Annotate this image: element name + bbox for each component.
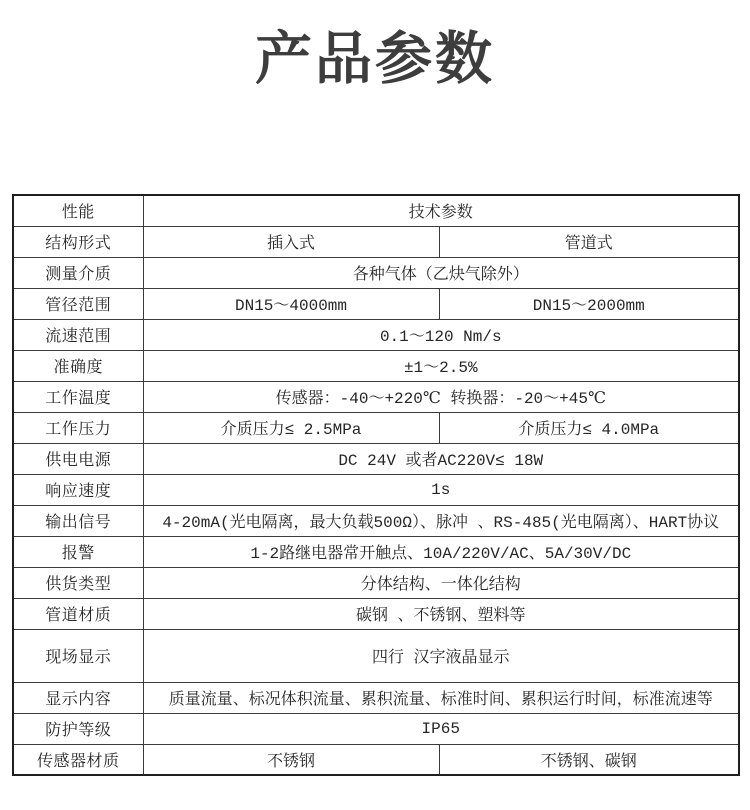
- row-label: 流速范围: [13, 319, 143, 350]
- table-row: 管径范围DN15～4000mmDN15～2000mm: [13, 288, 739, 319]
- table-row: 工作温度传感器：-40～+220℃ 转换器：-20～+45℃: [13, 381, 739, 412]
- row-label: 结构形式: [13, 226, 143, 257]
- row-label: 管道材质: [13, 598, 143, 629]
- row-value: 质量流量、标况体积流量、累积流量、标准时间、累积运行时间，标准流速等: [143, 682, 739, 713]
- table-row: 管道材质碳钢 、不锈钢、塑料等: [13, 598, 739, 629]
- row-value: IP65: [143, 713, 739, 744]
- row-value: 管道式: [439, 226, 739, 257]
- row-value: 1-2路继电器常开触点、10A/220V/AC、5A/30V/DC: [143, 536, 739, 567]
- table-row: 防护等级IP65: [13, 713, 739, 744]
- row-value: 传感器：-40～+220℃ 转换器：-20～+45℃: [143, 381, 739, 412]
- row-value: DC 24V 或者AC220V≤ 18W: [143, 443, 739, 474]
- table-row: 结构形式插入式管道式: [13, 226, 739, 257]
- product-parameters-page: 产品参数 性能技术参数结构形式插入式管道式测量介质各种气体（乙炔气除外）管径范围…: [0, 0, 750, 810]
- row-value: DN15～2000mm: [439, 288, 739, 319]
- row-label: 管径范围: [13, 288, 143, 319]
- row-label: 工作压力: [13, 412, 143, 443]
- row-value: 碳钢 、不锈钢、塑料等: [143, 598, 739, 629]
- row-value: 不锈钢、碳钢: [439, 744, 739, 775]
- table-row: 供货类型分体结构、一体化结构: [13, 567, 739, 598]
- row-label: 准确度: [13, 350, 143, 381]
- spec-table-body: 性能技术参数结构形式插入式管道式测量介质各种气体（乙炔气除外）管径范围DN15～…: [13, 195, 739, 775]
- table-row: 供电电源DC 24V 或者AC220V≤ 18W: [13, 443, 739, 474]
- row-value: 技术参数: [143, 195, 739, 226]
- row-value: 不锈钢: [143, 744, 439, 775]
- table-row: 流速范围0.1～120 Nm/s: [13, 319, 739, 350]
- table-row: 输出信号4-20mA(光电隔离，最大负载500Ω）、脉冲 、RS-485(光电隔…: [13, 505, 739, 536]
- row-label: 输出信号: [13, 505, 143, 536]
- table-row: 准确度±1～2.5%: [13, 350, 739, 381]
- spec-table: 性能技术参数结构形式插入式管道式测量介质各种气体（乙炔气除外）管径范围DN15～…: [12, 194, 740, 776]
- row-value: 介质压力≤ 4.0MPa: [439, 412, 739, 443]
- row-value: ±1～2.5%: [143, 350, 739, 381]
- table-row: 性能技术参数: [13, 195, 739, 226]
- row-label: 防护等级: [13, 713, 143, 744]
- row-value: 1s: [143, 474, 739, 505]
- row-value: 分体结构、一体化结构: [143, 567, 739, 598]
- row-label: 供电电源: [13, 443, 143, 474]
- row-value: 插入式: [143, 226, 439, 257]
- row-value: 四行 汉字液晶显示: [143, 629, 739, 682]
- row-label: 测量介质: [13, 257, 143, 288]
- row-value: 4-20mA(光电隔离，最大负载500Ω）、脉冲 、RS-485(光电隔离）、H…: [143, 505, 739, 536]
- row-value: 介质压力≤ 2.5MPa: [143, 412, 439, 443]
- table-row: 现场显示四行 汉字液晶显示: [13, 629, 739, 682]
- row-label: 传感器材质: [13, 744, 143, 775]
- row-label: 现场显示: [13, 629, 143, 682]
- row-value: 各种气体（乙炔气除外）: [143, 257, 739, 288]
- table-row: 报警1-2路继电器常开触点、10A/220V/AC、5A/30V/DC: [13, 536, 739, 567]
- table-row: 显示内容质量流量、标况体积流量、累积流量、标准时间、累积运行时间，标准流速等: [13, 682, 739, 713]
- row-label: 工作温度: [13, 381, 143, 412]
- table-row: 工作压力介质压力≤ 2.5MPa介质压力≤ 4.0MPa: [13, 412, 739, 443]
- page-title: 产品参数: [0, 26, 750, 92]
- table-row: 测量介质各种气体（乙炔气除外）: [13, 257, 739, 288]
- row-value: 0.1～120 Nm/s: [143, 319, 739, 350]
- table-row: 传感器材质不锈钢不锈钢、碳钢: [13, 744, 739, 775]
- row-label: 报警: [13, 536, 143, 567]
- table-row: 响应速度1s: [13, 474, 739, 505]
- row-label: 性能: [13, 195, 143, 226]
- row-value: DN15～4000mm: [143, 288, 439, 319]
- row-label: 显示内容: [13, 682, 143, 713]
- row-label: 响应速度: [13, 474, 143, 505]
- row-label: 供货类型: [13, 567, 143, 598]
